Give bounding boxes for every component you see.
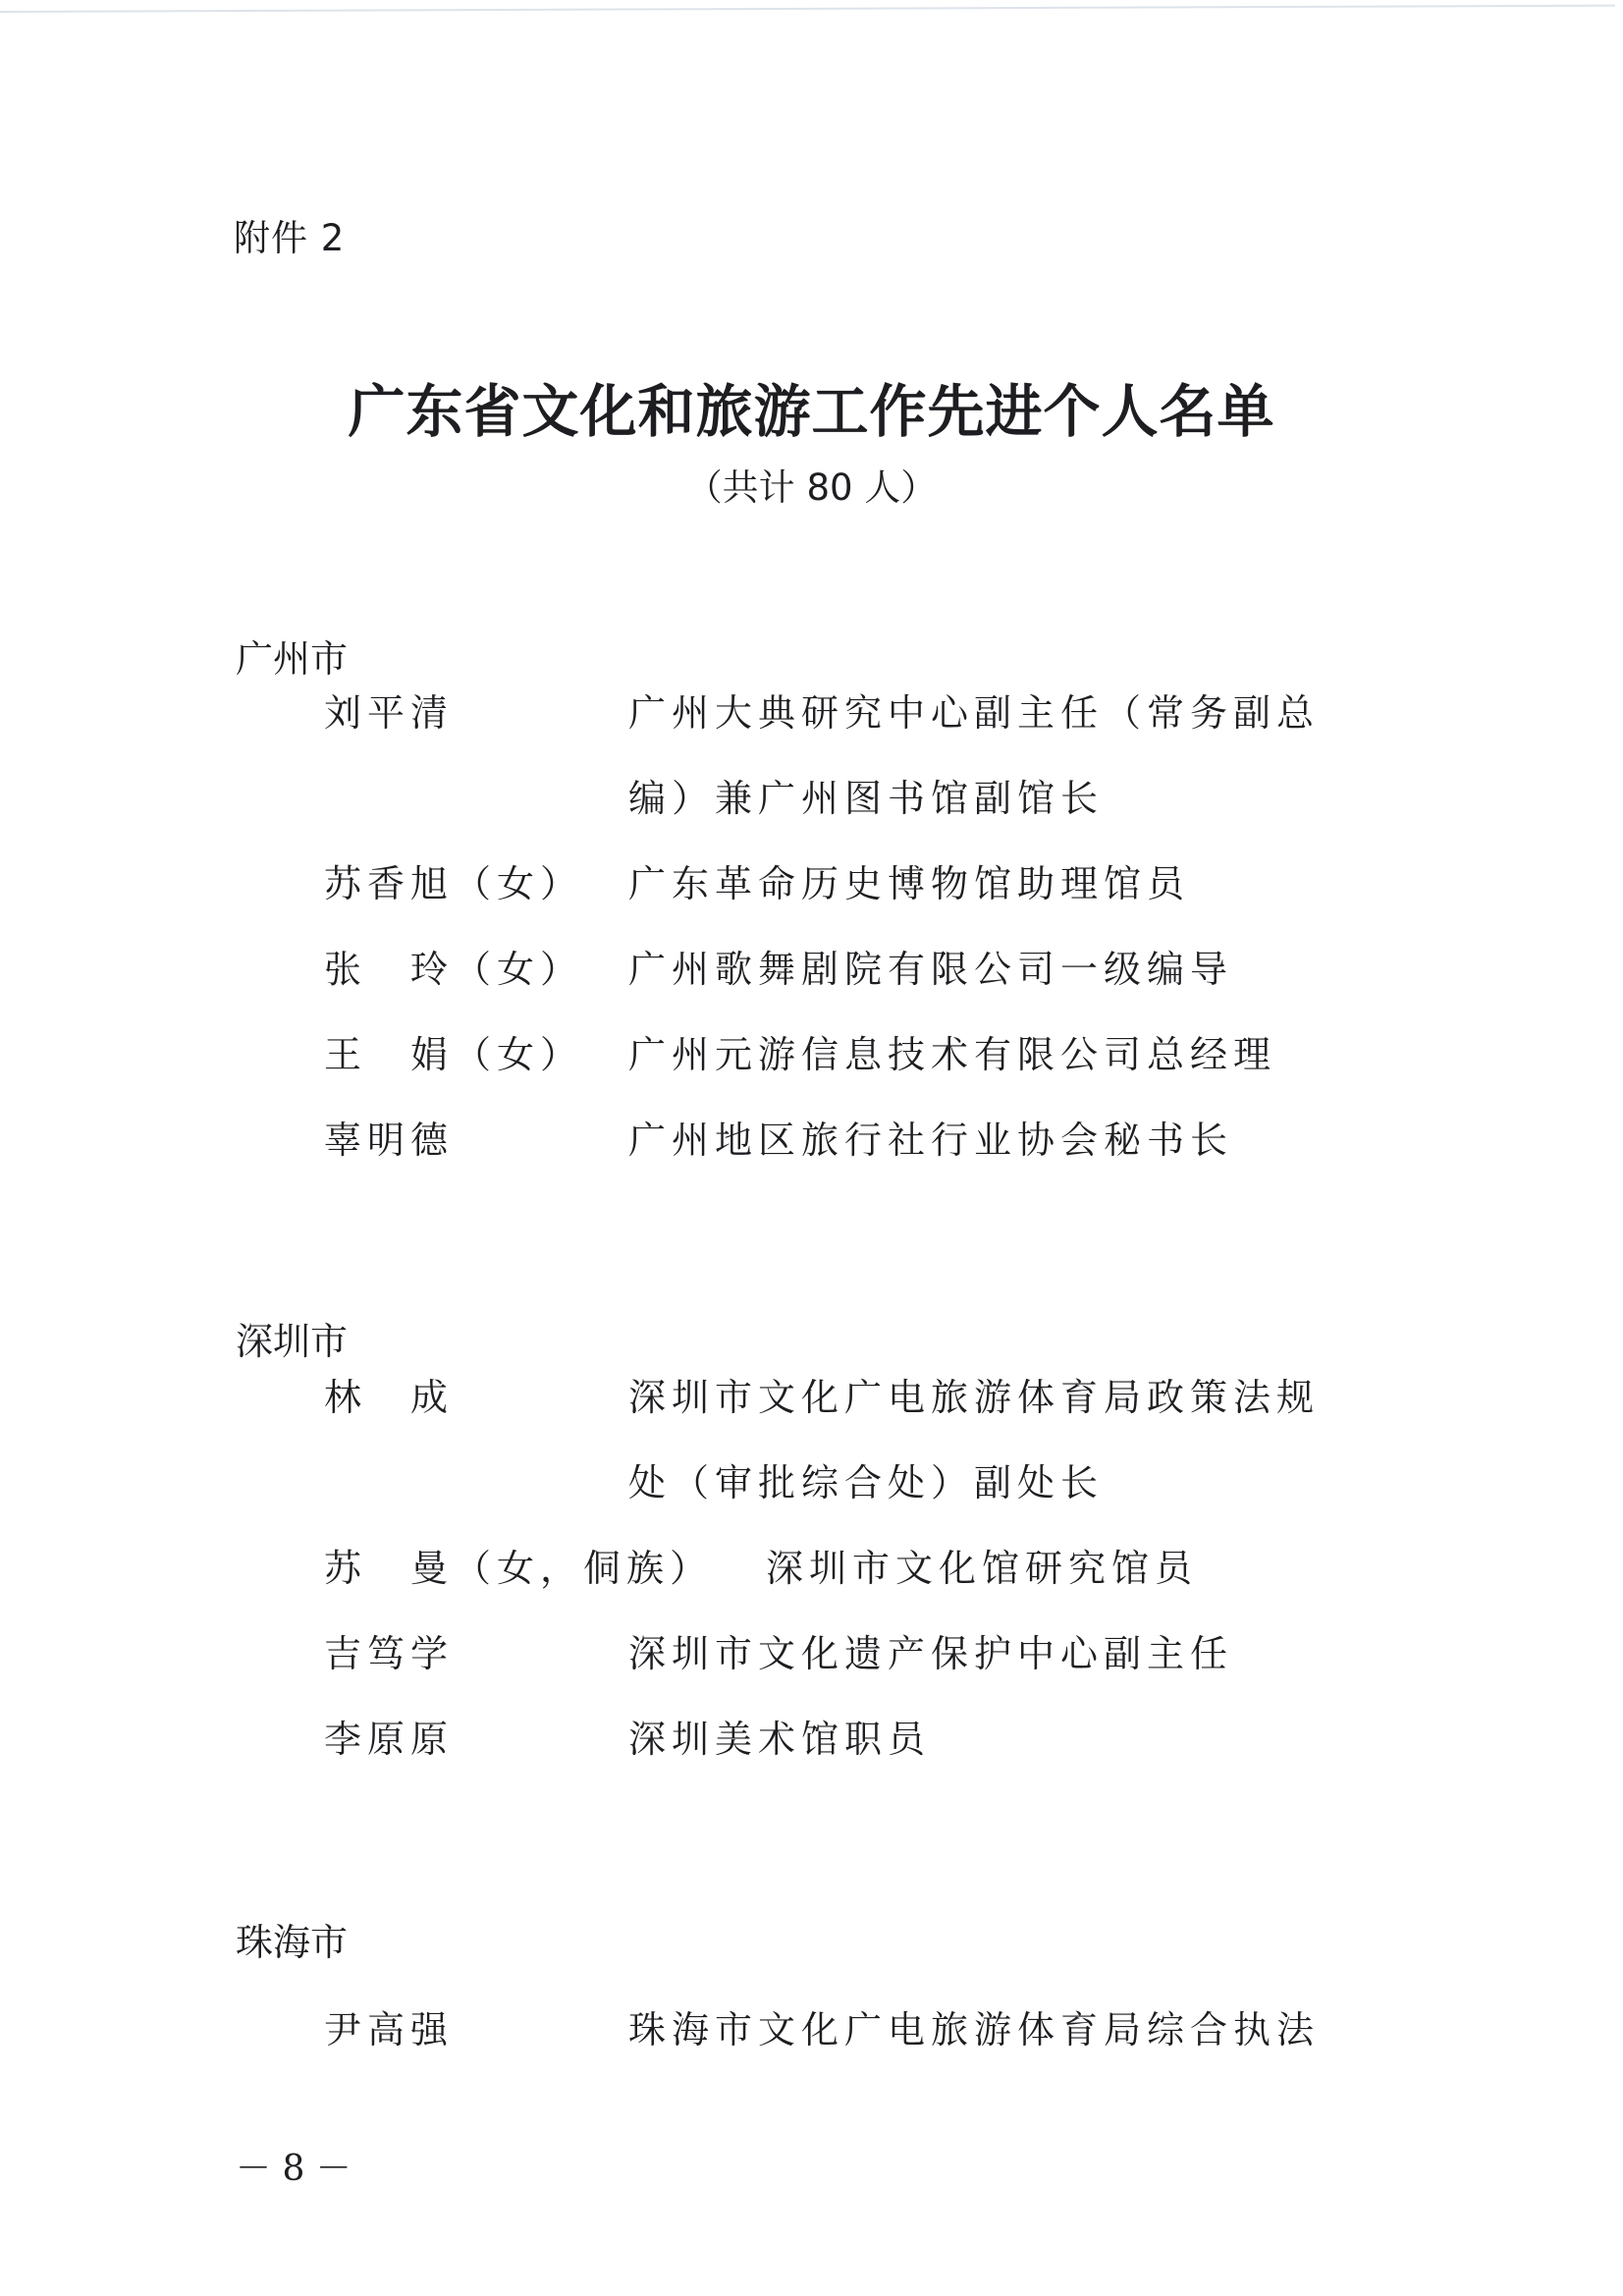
list-item: 苏 曼（女，侗族） 深圳市文化馆研究馆员: [0, 1538, 1623, 1597]
person-role: 广东革命历史博物馆助理馆员: [628, 853, 1190, 907]
person-role: 珠海市文化广电旅游体育局综合执法: [628, 1999, 1320, 2053]
person-name: 刘平清: [324, 683, 454, 737]
person-role: 深圳市文化广电旅游体育局政策法规: [628, 1367, 1320, 1421]
person-role: 广州地区旅行社行业协会秘书长: [628, 1110, 1233, 1164]
person-role: 深圳市文化遗产保护中心副主任: [628, 1623, 1233, 1677]
person-role: 广州大典研究中心副主任（常务副总: [628, 683, 1320, 737]
person-name: 尹高强: [324, 1999, 454, 2053]
person-name: 张 玲（女）: [324, 939, 583, 993]
list-item: 苏香旭（女） 广东革命历史博物馆助理馆员: [0, 853, 1623, 912]
person-role-continued: 编）兼广州图书馆副馆长: [628, 768, 1104, 822]
person-role: 广州歌舞剧院有限公司一级编导: [628, 939, 1233, 993]
list-item-continuation: 处（审批综合处）副处长: [0, 1452, 1623, 1511]
list-item: 辜明德 广州地区旅行社行业协会秘书长: [0, 1110, 1623, 1169]
section-heading-guangzhou: 广州市: [236, 629, 348, 683]
person-name: 苏 曼（女，侗族）: [324, 1538, 713, 1592]
person-name: 辜明德: [324, 1110, 454, 1164]
person-role: 广州元游信息技术有限公司总经理: [628, 1024, 1276, 1078]
person-name: 吉笃学: [324, 1623, 454, 1677]
person-role: 深圳市文化馆研究馆员: [766, 1538, 1198, 1592]
person-role: 深圳美术馆职员: [628, 1709, 931, 1763]
person-name: 林 成: [324, 1367, 454, 1421]
person-name: 李原原: [324, 1709, 454, 1763]
person-role-continued: 处（审批综合处）副处长: [628, 1452, 1104, 1506]
list-item: 王 娟（女） 广州元游信息技术有限公司总经理: [0, 1024, 1623, 1083]
list-item: 张 玲（女） 广州歌舞剧院有限公司一级编导: [0, 939, 1623, 998]
list-item: 林 成 深圳市文化广电旅游体育局政策法规: [0, 1367, 1623, 1426]
list-item: 李原原 深圳美术馆职员: [0, 1709, 1623, 1768]
section-heading-shenzhen: 深圳市: [236, 1311, 348, 1365]
person-name: 苏香旭（女）: [324, 853, 583, 907]
page-number: － 8 －: [236, 2141, 352, 2191]
list-item: 吉笃学 深圳市文化遗产保护中心副主任: [0, 1623, 1623, 1682]
document-subtitle: （共计 80 人）: [0, 458, 1623, 511]
document-title: 广东省文化和旅游工作先进个人名单: [0, 365, 1623, 448]
scan-edge-line: [0, 5, 1615, 13]
list-item-continuation: 编）兼广州图书馆副馆长: [0, 768, 1623, 827]
list-item: 刘平清 广州大典研究中心副主任（常务副总: [0, 683, 1623, 741]
section-heading-zhuhai: 珠海市: [236, 1912, 348, 1966]
attachment-label: 附件 2: [234, 208, 345, 261]
list-item: 尹高强 珠海市文化广电旅游体育局综合执法: [0, 1999, 1623, 2058]
person-name: 王 娟（女）: [324, 1024, 583, 1078]
